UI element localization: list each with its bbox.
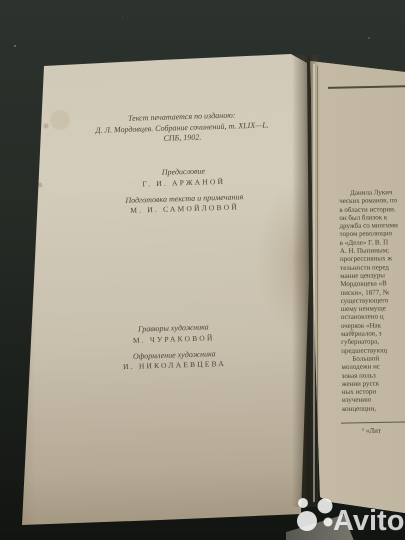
edition-note: Текст печатается по изданию: Д. Л. Мордо… (64, 108, 300, 147)
avito-wordmark: Avito (333, 505, 404, 537)
avito-watermark: Avito (285, 486, 405, 540)
text-line: прогрессивных ж (340, 255, 398, 264)
credits-editors: Предисловие Г. И. АРЖАНОЙ Подготовка тек… (66, 163, 302, 217)
text-line: в области истории. (339, 205, 397, 214)
credits-artists: Гравюры художника М. ЧУРАКОВОЙ Оформлени… (56, 320, 292, 374)
footnote: ¹ «Лит (362, 427, 381, 435)
right-page-text: Данила Лукичческих романов, пов области … (339, 188, 400, 413)
avito-logo-icon (297, 498, 333, 531)
text-line: тором революцио (340, 230, 398, 239)
text-line: концепции, (342, 404, 400, 413)
book-photo: Текст печатается по изданию: Д. Л. Мордо… (0, 0, 405, 540)
text-line: ческих романов, по (339, 196, 397, 205)
